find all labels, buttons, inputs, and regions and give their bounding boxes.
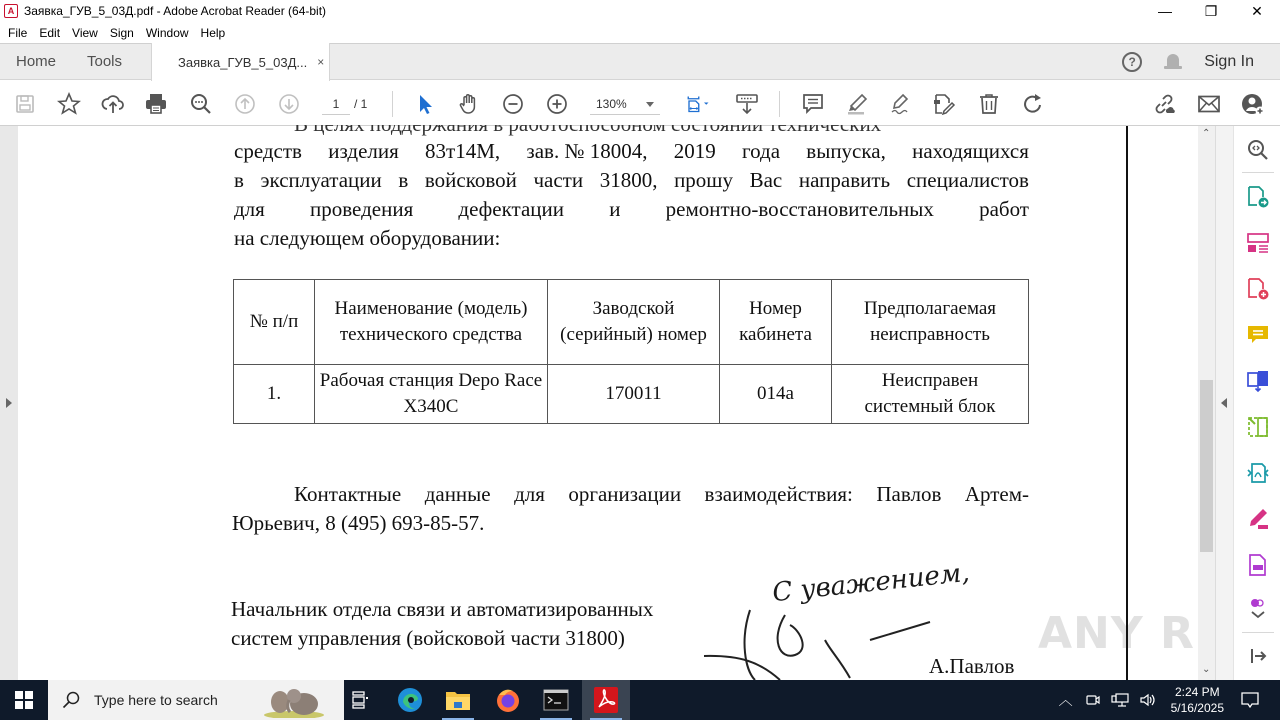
share-link-button[interactable] [1151, 91, 1177, 117]
table-header-row: № п/п Наименование (модель) технического… [234, 280, 1029, 365]
clock-date: 5/16/2025 [1171, 700, 1224, 716]
edit-pdf-button[interactable] [931, 91, 957, 117]
word: взаимодействия: [705, 482, 853, 507]
contact-line-1: Контактные данные для организации взаимо… [294, 482, 1029, 507]
tools-pane-divider [1242, 172, 1274, 173]
scroll-down-icon[interactable]: ⌄ [1202, 664, 1210, 675]
acrobat-icon [594, 687, 618, 713]
right-pane-toggle[interactable] [1215, 126, 1233, 680]
task-view-icon [350, 690, 370, 710]
table-cell: 1. [234, 365, 315, 424]
table-cell: Неисправен системный блок [832, 365, 1029, 424]
terminal-icon [543, 689, 569, 711]
close-icon: ✕ [1251, 3, 1263, 20]
add-user-button[interactable] [1240, 91, 1266, 117]
restore-icon: ❐ [1205, 3, 1218, 20]
search-zoom-icon [1246, 138, 1270, 162]
zoom-level-select[interactable]: 130% [590, 93, 660, 115]
maximize-button[interactable]: ❐ [1188, 0, 1234, 22]
zoom-out-icon [501, 92, 525, 116]
menu-bar: File Edit View Sign Window Help [0, 22, 1280, 43]
word: средств [234, 139, 302, 164]
word: ремонтно-восстановительных [666, 197, 934, 222]
comment-tool-button[interactable] [1246, 323, 1270, 347]
tools-pane-divider [1242, 632, 1274, 633]
word: войсковой [425, 168, 517, 193]
highlight-icon [845, 92, 869, 116]
combine-files-button[interactable] [1246, 369, 1270, 393]
start-button[interactable] [0, 680, 48, 720]
fit-page-icon [686, 92, 710, 116]
fill-sign-icon [1246, 507, 1270, 531]
table-cell: 014а [720, 365, 832, 424]
more-tools-button[interactable] [1246, 596, 1270, 620]
task-view-button[interactable] [336, 680, 384, 720]
menu-edit[interactable]: Edit [39, 26, 60, 40]
clock-time: 2:24 PM [1171, 684, 1224, 700]
upload-cloud-icon [101, 92, 125, 116]
elephants-illustration-icon [258, 682, 330, 718]
title-bar: A Заявка_ГУВ_5_03Д.pdf - Adobe Acrobat R… [0, 0, 1280, 22]
system-tray: ︿ 2:24 PM 5/16/2025 [1059, 680, 1280, 720]
show-hidden-icons-chevron-icon[interactable]: ︿ [1059, 690, 1073, 710]
select-cursor-icon [413, 92, 437, 116]
sign-icon [888, 92, 912, 116]
word: Артем- [965, 482, 1029, 507]
sign-in-button[interactable]: Sign In [1204, 53, 1254, 71]
delete-icon [977, 92, 1001, 116]
find-icon [189, 92, 213, 116]
bookmark-star-icon [57, 92, 81, 116]
word: для [514, 482, 545, 507]
email-icon [1197, 92, 1221, 116]
signoff-line-1: Начальник отдела связи и автоматизирован… [231, 597, 653, 622]
minimize-icon: — [1158, 3, 1172, 19]
word: и [609, 197, 620, 222]
highlight-button[interactable] [844, 91, 870, 117]
scan-ocr-icon [1246, 461, 1270, 485]
window-title: Заявка_ГУВ_5_03Д.pdf - Adobe Acrobat Rea… [24, 4, 326, 18]
paragraph-line-2: в эксплуатации в войсковой части 31800, … [234, 168, 1029, 193]
close-window-button[interactable]: ✕ [1234, 0, 1280, 22]
left-nav-panel[interactable] [0, 126, 18, 680]
word: Павлов [876, 482, 941, 507]
paragraph-line-3: для проведения дефектации и ремонтно-вос… [234, 197, 1029, 222]
word: специалистов [907, 168, 1029, 193]
word: года [742, 139, 780, 164]
word: проведения [310, 197, 413, 222]
zoom-level-value: 130% [596, 97, 627, 111]
windows-taskbar: Type here to search ︿ 2:24 PM 5/16/2025 [0, 680, 1280, 720]
comment-icon [801, 92, 825, 116]
word: изделия [328, 139, 399, 164]
collapse-right-pane-icon[interactable] [1221, 398, 1227, 408]
scan-ocr-button[interactable] [1246, 461, 1270, 485]
notification-center-icon[interactable] [1240, 691, 1260, 709]
scroll-up-icon[interactable]: ⌃ [1202, 128, 1210, 139]
collapse-pane-icon [1246, 644, 1270, 668]
fill-sign-button[interactable] [1246, 507, 1270, 531]
acrobat-taskbar-button[interactable] [582, 680, 630, 720]
add-user-icon [1241, 92, 1265, 116]
header-cell: Наименование (модель) технического средс… [315, 280, 548, 365]
word: организации [568, 482, 681, 507]
menu-file[interactable]: File [8, 26, 27, 40]
delete-button[interactable] [976, 91, 1002, 117]
paragraph-line-4: на следующем оборудовании: [234, 226, 500, 251]
more-tools-icon [1246, 596, 1270, 620]
vertical-scrollbar[interactable]: ⌃ ⌄ [1198, 126, 1215, 680]
signatory-name: А.Павлов [929, 654, 1014, 679]
select-tool-button[interactable] [412, 91, 438, 117]
page-edge [1126, 126, 1128, 680]
header-cell: Заводской (серийный) номер [548, 280, 720, 365]
taskbar-search-box[interactable]: Type here to search [48, 680, 344, 720]
notification-bell-icon[interactable] [1164, 52, 1182, 72]
tools-pane-search-button[interactable] [1246, 138, 1270, 162]
tab-document[interactable]: Заявка_ГУВ_5_03Д... × [151, 43, 330, 81]
create-pdf-icon [1246, 277, 1270, 301]
next-page-button[interactable] [276, 91, 302, 117]
export-pdf-button[interactable] [1246, 185, 1270, 209]
edit-pdf-icon [932, 92, 956, 116]
word: эксплуатации [261, 168, 382, 193]
menu-sign[interactable]: Sign [110, 26, 134, 40]
hand-tool-button[interactable] [456, 91, 482, 117]
page-up-icon [233, 92, 257, 116]
tools-pane [1233, 126, 1280, 680]
email-button[interactable] [1196, 91, 1222, 117]
word: 2019 [674, 139, 716, 164]
contact-line-2: Юрьевич, 8 (495) 693-85-57. [232, 511, 484, 536]
rotate-button[interactable] [1020, 91, 1046, 117]
file-explorer-icon [445, 688, 471, 712]
word: дефектации [458, 197, 564, 222]
network-icon[interactable] [1111, 692, 1129, 708]
sign-button[interactable] [887, 91, 913, 117]
comment-tool-icon [1246, 323, 1270, 347]
document-tab-label: Заявка_ГУВ_5_03Д... [178, 55, 307, 70]
comment-button[interactable] [800, 91, 826, 117]
edge-icon [397, 687, 423, 713]
expand-left-panel-icon[interactable] [6, 398, 12, 408]
menu-view[interactable]: View [72, 26, 98, 40]
zoom-in-icon [545, 92, 569, 116]
compress-pdf-icon [1246, 415, 1270, 439]
word: Контактные [294, 482, 401, 507]
word: выпуска, [806, 139, 886, 164]
tab-home[interactable]: Home [16, 44, 56, 80]
minimize-button[interactable]: — [1142, 0, 1188, 22]
bookmark-button[interactable] [56, 91, 82, 117]
share-link-icon [1152, 92, 1176, 116]
terminal-taskbar-button[interactable] [532, 680, 580, 720]
print-button[interactable] [143, 91, 169, 117]
edge-taskbar-button[interactable] [386, 680, 434, 720]
word: данные [425, 482, 491, 507]
search-placeholder: Type here to search [94, 692, 218, 708]
compress-pdf-button[interactable] [1246, 415, 1270, 439]
word: в [398, 168, 408, 193]
volume-icon[interactable] [1139, 692, 1157, 708]
word: 83т14М, [425, 139, 500, 164]
toolbar-divider [779, 91, 780, 117]
main-toolbar: 1 / 1 130% [0, 81, 1280, 126]
print-icon [144, 92, 168, 116]
find-button[interactable] [188, 91, 214, 117]
table-cell: Рабочая станция Depo Race X340C [315, 365, 548, 424]
page-down-icon [277, 92, 301, 116]
zoom-in-button[interactable] [544, 91, 570, 117]
table-row: 1. Рабочая станция Depo Race X340C 17001… [234, 365, 1029, 424]
fit-page-button[interactable] [680, 91, 716, 117]
taskbar-clock[interactable]: 2:24 PM 5/16/2025 [1171, 684, 1224, 716]
acrobat-app-icon: A [4, 4, 18, 18]
windows-logo-icon [15, 691, 33, 709]
export-pdf-icon [1246, 185, 1270, 209]
equipment-table: № п/п Наименование (модель) технического… [233, 279, 1029, 424]
tab-bar: Home Tools Заявка_ГУВ_5_03Д... × ? Sign … [0, 43, 1280, 80]
signature-scribble [700, 600, 940, 680]
close-tab-icon[interactable]: × [317, 55, 324, 69]
menu-window[interactable]: Window [146, 26, 189, 40]
create-pdf-button[interactable] [1246, 277, 1270, 301]
header-cell: Номер кабинета [720, 280, 832, 365]
word: части [533, 168, 583, 193]
upload-button[interactable] [100, 91, 126, 117]
word: прошу [674, 168, 733, 193]
word: зав. № 18004, [526, 139, 647, 164]
word: находящихся [912, 139, 1029, 164]
organize-pages-button[interactable] [1246, 231, 1270, 255]
chevron-down-icon [646, 102, 654, 107]
word: 31800, [600, 168, 658, 193]
word: в [234, 168, 244, 193]
save-button[interactable] [12, 91, 38, 117]
file-explorer-taskbar-button[interactable] [434, 680, 482, 720]
save-icon [13, 92, 37, 116]
protect-icon [1246, 553, 1270, 577]
menu-help[interactable]: Help [201, 26, 226, 40]
meet-now-icon[interactable] [1085, 692, 1101, 708]
header-cell: № п/п [234, 280, 315, 365]
word: работ [979, 197, 1029, 222]
search-icon [62, 691, 80, 709]
zoom-out-button[interactable] [500, 91, 526, 117]
protect-button[interactable] [1246, 553, 1270, 577]
page-total: / 1 [354, 93, 367, 115]
firefox-taskbar-button[interactable] [484, 680, 532, 720]
word: для [234, 197, 265, 222]
firefox-icon [495, 687, 521, 713]
scroll-mode-button[interactable] [734, 91, 760, 117]
word: направить [799, 168, 890, 193]
collapse-tools-pane-button[interactable] [1246, 644, 1270, 668]
tab-tools[interactable]: Tools [87, 44, 122, 80]
help-icon[interactable]: ? [1122, 52, 1142, 72]
page-number-input[interactable]: 1 [322, 93, 350, 115]
signoff-line-2: систем управления (войсковой части 31800… [231, 626, 625, 651]
organize-pages-icon [1246, 231, 1270, 255]
toolbar-divider [392, 91, 393, 117]
word: Вас [750, 168, 783, 193]
scroll-mode-icon [735, 92, 759, 116]
paragraph-line-1: средств изделия 83т14М, зав. № 18004, 20… [234, 139, 1029, 164]
previous-page-button[interactable] [232, 91, 258, 117]
table-cell: 170011 [548, 365, 720, 424]
hand-icon [457, 92, 481, 116]
combine-files-icon [1246, 369, 1270, 393]
rotate-icon [1021, 92, 1045, 116]
scrollbar-thumb[interactable] [1200, 380, 1213, 552]
header-cell: Предполагаемая неисправность [832, 280, 1029, 365]
